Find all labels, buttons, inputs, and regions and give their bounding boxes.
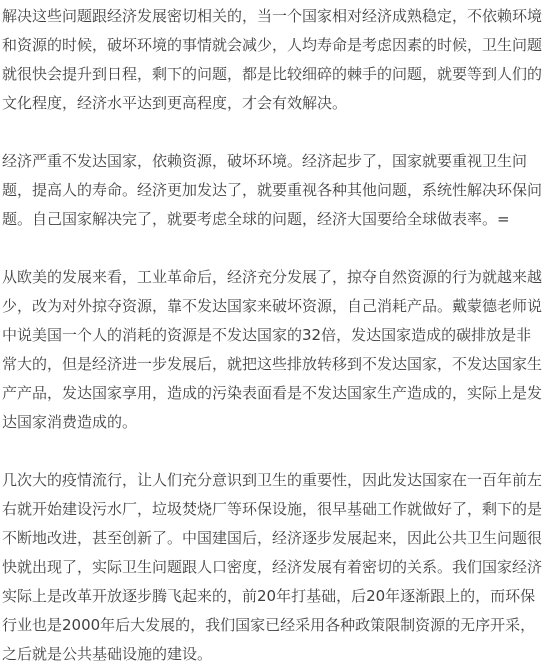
article-body: 解决这些问题跟经济发展密切相关的，当一个国家相对经济成熟稳定，不依赖环境和资源的… <box>0 0 548 669</box>
paragraph: 几次大的疫情流行，让人们充分意识到卫生的重要性，因此发达国家在一百年前左右就开始… <box>2 466 546 669</box>
paragraph: 解决这些问题跟经济发展密切相关的，当一个国家相对经济成熟稳定，不依赖环境和资源的… <box>2 2 546 118</box>
paragraph: 经济严重不发达国家，依赖资源，破坏环境。经济起步了，国家就要重视卫生问题，提高人… <box>2 147 546 234</box>
paragraph: 从欧美的发展来看，工业革命后，经济充分发展了，掠夺自然资源的行为就越来越少，改为… <box>2 263 546 437</box>
